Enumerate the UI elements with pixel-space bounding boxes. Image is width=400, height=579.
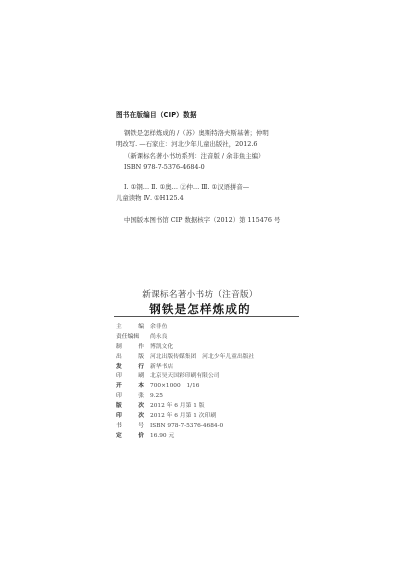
label-text: 次: [138, 400, 144, 409]
colophon-row: 开本700×1000 1/16: [116, 380, 316, 390]
cip-line: 明改写. —石家庄：河北少年儿童出版社，2012.6: [116, 139, 316, 151]
colophon-label: 出版: [116, 351, 144, 360]
label-text: 版: [138, 351, 144, 360]
colophon-table: 主编余非鱼责任编辑尚永良制作博凯文化出版河北出版传媒集团 河北少年儿童出版社发行…: [116, 321, 316, 440]
colophon-value: 9.25: [150, 393, 163, 399]
cip-block: 图书在版编目（CIP）数据 钢铁是怎样炼成的 /（苏）奥斯特洛夫斯基著；仲明 明…: [116, 110, 316, 226]
label-text: 本: [138, 380, 144, 389]
colophon-value: 700×1000 1/16: [150, 380, 200, 389]
colophon-label: 责任编辑: [116, 331, 144, 340]
colophon-row: 主编余非鱼: [116, 321, 316, 331]
colophon-row: 印次2012 年 6 月第 1 次印刷: [116, 410, 316, 420]
label-text: 出: [116, 351, 122, 360]
cip-classification-line: 儿童读物 Ⅳ. ①H125.4: [116, 193, 316, 205]
label-text: 价: [138, 430, 144, 439]
series-name: 新课标名著小书坊（注音版）: [0, 288, 400, 300]
cip-line: （新课标名著小书坊系列：注音版 / 余非鱼主编）: [116, 151, 316, 163]
colophon-label: 印次: [116, 410, 144, 419]
colophon-row: 印张9.25: [116, 390, 316, 400]
label-text: 定: [116, 430, 122, 439]
spacer: [116, 174, 316, 182]
label-text: 开: [116, 380, 122, 389]
colophon-value: 北京昊天国彩印刷有限公司: [150, 370, 220, 379]
colophon-row: 责任编辑尚永良: [116, 331, 316, 341]
colophon-value: 2012 年 6 月第 1 次印刷: [150, 410, 216, 419]
colophon-value: 2012 年 6 月第 1 版: [150, 400, 205, 409]
label-text: 印: [116, 390, 122, 399]
cip-isbn: ISBN 978-7-5376-4684-0: [116, 162, 316, 174]
colophon-label: 定价: [116, 430, 144, 439]
colophon-row: 印刷北京昊天国彩印刷有限公司: [116, 370, 316, 380]
colophon-row: 制作博凯文化: [116, 341, 316, 351]
label-text: 张: [138, 390, 144, 399]
label-text: 印: [116, 370, 122, 379]
colophon-value: 博凯文化: [150, 341, 173, 350]
colophon-row: 书号ISBN 978-7-5376-4684-0: [116, 420, 316, 430]
colophon-value: 尚永良: [150, 331, 167, 340]
colophon-label: 开本: [116, 380, 144, 389]
label-text: 发: [116, 361, 122, 370]
book-title: 钢铁是怎样炼成的: [0, 301, 400, 317]
colophon-row: 发行新华书店: [116, 361, 316, 371]
colophon-label: 制作: [116, 341, 144, 350]
label-text: 书: [116, 420, 122, 429]
label-text: 印: [116, 410, 122, 419]
label-text: 制: [116, 341, 122, 350]
colophon-label: 印张: [116, 390, 144, 399]
cip-line: 钢铁是怎样炼成的 /（苏）奥斯特洛夫斯基著；仲明: [116, 128, 316, 140]
label-text: 责任编辑: [116, 331, 139, 340]
label-text: 主: [116, 321, 122, 330]
label-text: 刷: [138, 370, 144, 379]
colophon-value: 16.90 元: [150, 430, 174, 439]
colophon-value: 余非鱼: [150, 321, 167, 330]
label-text: 次: [138, 410, 144, 419]
colophon-label: 发行: [116, 361, 144, 370]
colophon-value: 河北出版传媒集团 河北少年儿童出版社: [150, 351, 254, 360]
colophon-label: 书号: [116, 420, 144, 429]
label-text: 行: [138, 361, 144, 370]
cip-classification-line: Ⅰ. ①钢… Ⅱ. ①奥… ②仲… Ⅲ. ①汉语拼音—: [116, 182, 316, 194]
colophon-label: 主编: [116, 321, 144, 330]
divider: [114, 316, 299, 317]
colophon-row: 出版河北出版传媒集团 河北少年儿童出版社: [116, 351, 316, 361]
colophon-value: ISBN 978-7-5376-4684-0: [150, 423, 223, 429]
label-text: 号: [138, 420, 144, 429]
cip-heading: 图书在版编目（CIP）数据: [116, 110, 316, 122]
colophon-row: 版次2012 年 6 月第 1 版: [116, 400, 316, 410]
label-text: 作: [138, 341, 144, 350]
copyright-page: 图书在版编目（CIP）数据 钢铁是怎样炼成的 /（苏）奥斯特洛夫斯基著；仲明 明…: [0, 0, 400, 579]
colophon-value: 新华书店: [150, 361, 173, 370]
label-text: 编: [138, 321, 144, 330]
cip-number: 中国版本图书馆 CIP 数据核字（2012）第 115476 号: [116, 215, 316, 227]
label-text: 版: [116, 400, 122, 409]
colophon-label: 版次: [116, 400, 144, 409]
colophon-label: 印刷: [116, 370, 144, 379]
colophon-row: 定价16.90 元: [116, 430, 316, 440]
